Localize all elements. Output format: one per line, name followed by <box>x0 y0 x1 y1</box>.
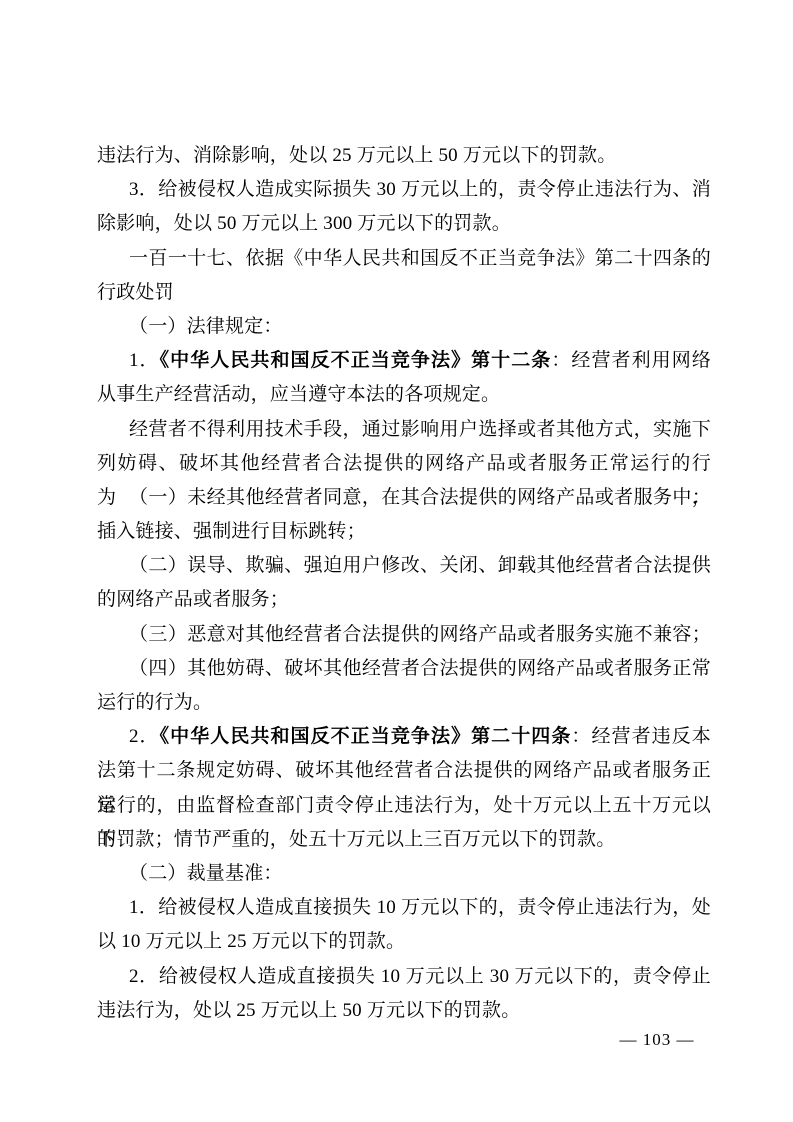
text-segment: 3．给被侵权人造成实际损失 30 万元以上的，责令停止违法行为、消 <box>129 179 711 200</box>
text-line: 从事生产经营活动，应当遵守本法的各项规定。 <box>97 378 711 412</box>
text-line: 法第十二条规定妨碍、破坏其他经营者合法提供的网络产品或者服务正常 <box>97 754 711 788</box>
text-line: （三）恶意对其他经营者合法提供的网络产品或者服务实施不兼容； <box>97 618 711 652</box>
text-line: 行政处罚 <box>97 276 711 310</box>
text-line: 除影响，处以 50 万元以上 300 万元以下的罚款。 <box>97 207 711 241</box>
text-segment: （四）其他妨碍、破坏其他经营者合法提供的网络产品或者服务正常 <box>129 658 711 679</box>
law-title-bold: 《中华人民共和国反不正当竞争法》第十二条 <box>160 350 552 371</box>
text-line: 运行的，由监督检查部门责令停止违法行为，处十万元以上五十万元以下 <box>97 789 711 823</box>
text-segment: 1．给被侵权人造成直接损失 10 万元以下的，责令停止违法行为，处 <box>129 897 711 918</box>
text-line: 的网络产品或者服务； <box>97 583 711 617</box>
text-segment: 除影响，处以 50 万元以上 300 万元以下的罚款。 <box>97 213 511 234</box>
text-line: （一）未经其他经营者同意，在其合法提供的网络产品或者服务中， <box>97 481 711 515</box>
text-segment: （二）误导、欺骗、强迫用户修改、关闭、卸载其他经营者合法提供 <box>129 555 711 576</box>
text-line: 列妨碍、破坏其他经营者合法提供的网络产品或者服务正常运行的行为： <box>97 447 711 481</box>
text-line: 以 10 万元以上 25 万元以下的罚款。 <box>97 925 711 959</box>
text-line: 1．给被侵权人造成直接损失 10 万元以下的，责令停止违法行为，处 <box>97 891 711 925</box>
text-segment: （一）法律规定： <box>129 316 283 337</box>
text-line: （一）法律规定： <box>97 310 711 344</box>
text-line: 违法行为、消除影响，处以 25 万元以上 50 万元以下的罚款。 <box>97 139 711 173</box>
text-segment: 违法行为，处以 25 万元以上 50 万元以下的罚款。 <box>97 1000 520 1021</box>
law-title-bold: 《中华人民共和国反不正当竞争法》第二十四条 <box>160 726 572 747</box>
text-segment: （一）未经其他经营者同意，在其合法提供的网络产品或者服务中， <box>129 487 711 508</box>
text-line: 的罚款；情节严重的，处五十万元以上三百万元以下的罚款。 <box>97 823 711 857</box>
text-segment: 一百一十七、依据《中华人民共和国反不正当竞争法》第二十四条的 <box>129 248 711 269</box>
text-line: 一百一十七、依据《中华人民共和国反不正当竞争法》第二十四条的 <box>97 242 711 276</box>
text-line: 插入链接、强制进行目标跳转； <box>97 515 711 549</box>
text-segment: 行政处罚 <box>97 282 174 303</box>
text-segment: ：经营者违反本 <box>571 726 711 747</box>
text-line: 违法行为，处以 25 万元以上 50 万元以下的罚款。 <box>97 994 711 1028</box>
text-segment: （二）裁量基准： <box>129 863 283 884</box>
text-line: （二）误导、欺骗、强迫用户修改、关闭、卸载其他经营者合法提供 <box>97 549 711 583</box>
text-line: 2．给被侵权人造成直接损失 10 万元以上 30 万元以下的，责令停止 <box>97 960 711 994</box>
text-segment: 运行的行为。 <box>97 692 212 713</box>
document-body: 违法行为、消除影响，处以 25 万元以上 50 万元以下的罚款。3．给被侵权人造… <box>97 139 711 1028</box>
page-number: — 103 — <box>592 1030 722 1050</box>
text-line: （四）其他妨碍、破坏其他经营者合法提供的网络产品或者服务正常 <box>97 652 711 686</box>
text-segment: 的网络产品或者服务； <box>97 589 289 610</box>
text-segment: （三）恶意对其他经营者合法提供的网络产品或者服务实施不兼容； <box>129 624 711 645</box>
text-line: 经营者不得利用技术手段，通过影响用户选择或者其他方式，实施下 <box>97 413 711 447</box>
text-segment: 以 10 万元以上 25 万元以下的罚款。 <box>97 931 405 952</box>
text-segment: 1． <box>129 350 160 371</box>
text-segment: 从事生产经营活动，应当遵守本法的各项规定。 <box>97 384 500 405</box>
document-page: 违法行为、消除影响，处以 25 万元以上 50 万元以下的罚款。3．给被侵权人造… <box>0 0 793 1122</box>
text-segment: 2．给被侵权人造成直接损失 10 万元以上 30 万元以下的，责令停止 <box>129 966 711 987</box>
text-line: 3．给被侵权人造成实际损失 30 万元以上的，责令停止违法行为、消 <box>97 173 711 207</box>
text-segment: 违法行为、消除影响，处以 25 万元以上 50 万元以下的罚款。 <box>97 145 616 166</box>
text-segment: ：经营者利用网络 <box>551 350 711 371</box>
text-segment: 的罚款；情节严重的，处五十万元以上三百万元以下的罚款。 <box>97 829 615 850</box>
text-segment: 2． <box>129 726 160 747</box>
text-line: 运行的行为。 <box>97 686 711 720</box>
text-segment: 插入链接、强制进行目标跳转； <box>97 521 366 542</box>
text-line: （二）裁量基准： <box>97 857 711 891</box>
text-line: 1．《中华人民共和国反不正当竞争法》第十二条：经营者利用网络 <box>97 344 711 378</box>
text-segment: 经营者不得利用技术手段，通过影响用户选择或者其他方式，实施下 <box>129 419 711 440</box>
text-line: 2．《中华人民共和国反不正当竞争法》第二十四条：经营者违反本 <box>97 720 711 754</box>
